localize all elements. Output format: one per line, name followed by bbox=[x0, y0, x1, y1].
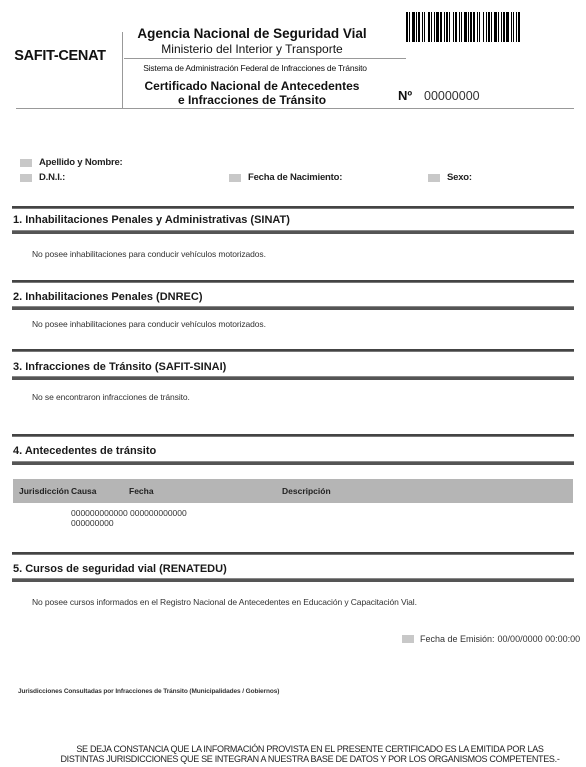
sex-label: Sexo: bbox=[447, 172, 472, 183]
section-divider bbox=[12, 206, 574, 209]
cell-fecha: 000000000000 bbox=[130, 508, 187, 518]
barcode-icon bbox=[406, 12, 576, 42]
section-divider bbox=[12, 349, 574, 352]
emission-date-label: Fecha de Emisión: bbox=[420, 634, 495, 644]
jurisdictions-consulted-title: Jurisdicciones Consultadas por Infraccio… bbox=[18, 688, 279, 695]
disclaimer: SE DEJA CONSTANCIA QUE LA INFORMACIÓN PR… bbox=[40, 744, 580, 764]
field-name: Apellido y Nombre: bbox=[20, 157, 123, 168]
section-text-renatedu: No posee cursos informados en el Registr… bbox=[32, 597, 417, 607]
section-title-sinat: 1. Inhabilitaciones Penales y Administra… bbox=[13, 214, 290, 226]
section-text-sinai: No se encontraron infracciones de tránsi… bbox=[32, 392, 190, 402]
field-marker-icon bbox=[428, 174, 440, 182]
field-marker-icon bbox=[402, 635, 414, 643]
ministry-name: Ministerio del Interior y Transporte bbox=[124, 42, 380, 56]
agency-name: Agencia Nacional de Seguridad Vial bbox=[124, 26, 380, 41]
cell-causa-line1: 000000000000 bbox=[71, 508, 128, 518]
certificate-number-label: Nº bbox=[398, 88, 412, 103]
section-title-sinai: 3. Infracciones de Tránsito (SAFIT-SINAI… bbox=[13, 361, 226, 373]
section-text-sinat: No posee inhabilitaciones para conducir … bbox=[32, 249, 266, 259]
field-birth-date: Fecha de Nacimiento: bbox=[229, 172, 342, 183]
section-title-dnrec: 2. Inhabilitaciones Penales (DNREC) bbox=[13, 291, 203, 303]
field-sex: Sexo: bbox=[428, 172, 472, 183]
column-header-causa: Causa bbox=[71, 486, 97, 496]
certificate-number: 00000000 bbox=[424, 89, 480, 103]
certificate-title-line2: e Infracciones de Tránsito bbox=[124, 93, 380, 107]
field-dni: D.N.I.: bbox=[20, 172, 65, 183]
system-full-name: Sistema de Administración Federal de Inf… bbox=[124, 63, 386, 73]
column-header-descripcion: Descripción bbox=[282, 486, 331, 496]
column-header-jurisdiccion: Jurisdicción bbox=[19, 486, 69, 496]
system-name: SAFIT-CENAT bbox=[0, 48, 120, 64]
field-marker-icon bbox=[229, 174, 241, 182]
disclaimer-line2: DISTINTAS JURISDICCIONES QUE SE INTEGRAN… bbox=[40, 754, 580, 764]
header-divider bbox=[124, 58, 406, 59]
header-bottom-line bbox=[122, 108, 574, 109]
column-header-fecha: Fecha bbox=[129, 486, 154, 496]
birth-date-label: Fecha de Nacimiento: bbox=[248, 172, 342, 183]
table-row: 000000000000 000000000 000000000000 bbox=[13, 506, 573, 532]
certificate-title: Certificado Nacional de Antecedentes e I… bbox=[124, 79, 380, 107]
cell-causa: 000000000000 000000000 bbox=[71, 508, 128, 528]
cell-causa-line2: 000000000 bbox=[71, 518, 128, 528]
field-marker-icon bbox=[20, 159, 32, 167]
emission-date-value: 00/00/0000 00:00:00 bbox=[498, 634, 581, 644]
field-marker-icon bbox=[20, 174, 32, 182]
section-divider bbox=[12, 578, 574, 582]
section-divider bbox=[12, 552, 574, 555]
section-divider bbox=[12, 461, 574, 465]
section-divider bbox=[12, 376, 574, 380]
name-label: Apellido y Nombre: bbox=[39, 157, 123, 168]
section-divider bbox=[12, 230, 574, 234]
emission-date: Fecha de Emisión: 00/00/0000 00:00:00 bbox=[402, 634, 580, 644]
section-title-antecedentes: 4. Antecedentes de tránsito bbox=[13, 445, 156, 457]
section-divider bbox=[12, 280, 574, 283]
section-text-dnrec: No posee inhabilitaciones para conducir … bbox=[32, 319, 266, 329]
section-title-renatedu: 5. Cursos de seguridad vial (RENATEDU) bbox=[13, 563, 227, 575]
section-divider bbox=[12, 306, 574, 310]
section-divider bbox=[12, 434, 574, 437]
certificate-title-line1: Certificado Nacional de Antecedentes bbox=[124, 79, 380, 93]
dni-label: D.N.I.: bbox=[39, 172, 65, 183]
header-divider-vertical bbox=[122, 32, 123, 108]
disclaimer-line1: SE DEJA CONSTANCIA QUE LA INFORMACIÓN PR… bbox=[40, 744, 580, 754]
